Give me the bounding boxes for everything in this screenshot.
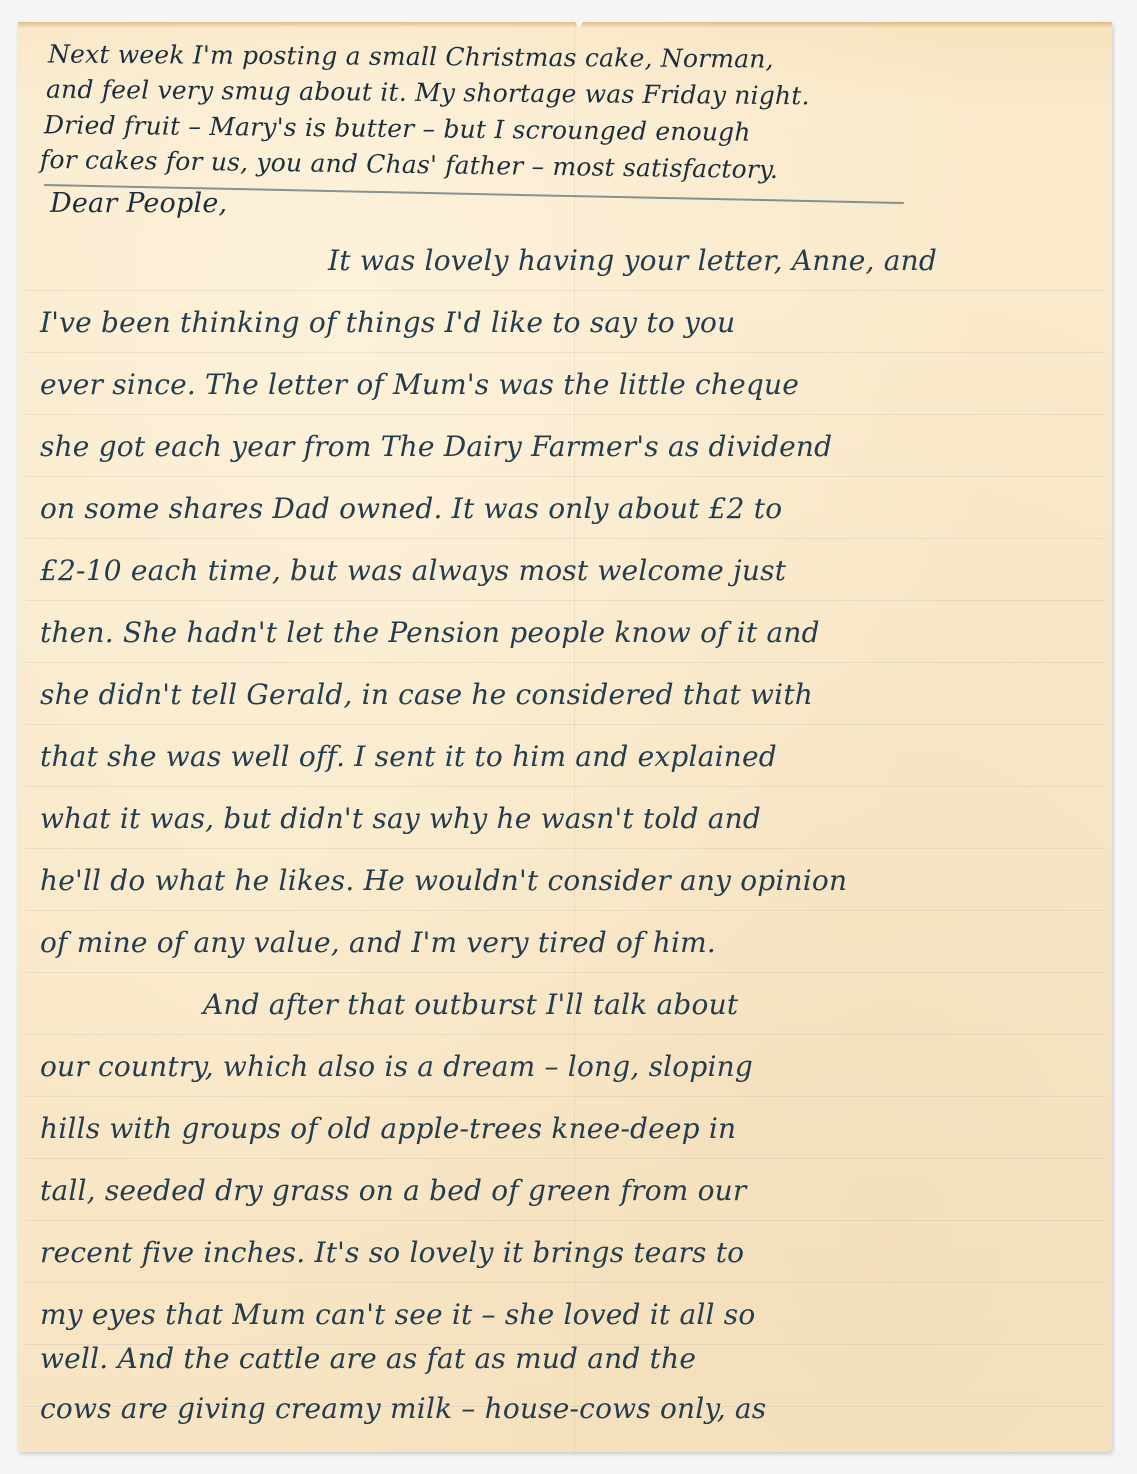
ruled-line — [26, 1096, 1104, 1097]
ruled-line — [26, 786, 1104, 787]
ruled-line — [26, 476, 1104, 477]
body-line: of mine of any value, and I'm very tired… — [40, 926, 716, 959]
postscript-line: for cakes for us, you and Chas' father –… — [40, 145, 779, 184]
body-line: recent five inches. It's so lovely it br… — [40, 1236, 744, 1269]
body-line: our country, which also is a dream – lon… — [40, 1050, 753, 1083]
ruled-line — [26, 352, 1104, 353]
body-line: then. She hadn't let the Pension people … — [40, 616, 820, 649]
body-line: she didn't tell Gerald, in case he consi… — [40, 678, 813, 711]
body-line: she got each year from The Dairy Farmer'… — [40, 430, 832, 463]
body-line: well. And the cattle are as fat as mud a… — [40, 1342, 696, 1375]
paper-tear-notch — [574, 20, 584, 29]
body-line: I've been thinking of things I'd like to… — [40, 306, 735, 339]
body-line: that she was well off. I sent it to him … — [40, 740, 777, 773]
ruled-line — [26, 538, 1104, 539]
ruled-line — [26, 910, 1104, 911]
body-line: what it was, but didn't say why he wasn'… — [40, 802, 761, 835]
body-line: on some shares Dad owned. It was only ab… — [40, 492, 782, 525]
paper-edge-stain — [18, 22, 1112, 28]
ruled-line — [26, 290, 1104, 291]
ruled-line — [26, 600, 1104, 601]
ruled-line — [26, 1158, 1104, 1159]
body-line: It was lovely having your letter, Anne, … — [328, 244, 937, 277]
body-line: my eyes that Mum can't see it – she love… — [40, 1298, 755, 1331]
ruled-line — [26, 414, 1104, 415]
ruled-line — [26, 972, 1104, 973]
body-line: ever since. The letter of Mum's was the … — [40, 368, 799, 401]
body-line: hills with groups of old apple-trees kne… — [40, 1112, 736, 1145]
ruled-line — [26, 1282, 1104, 1283]
ruled-line — [26, 662, 1104, 663]
postscript-line: and feel very smug about it. My shortage… — [46, 75, 810, 111]
ruled-line — [26, 724, 1104, 725]
body-line: cows are giving creamy milk – house-cows… — [40, 1392, 766, 1425]
body-line: he'll do what he likes. He wouldn't cons… — [40, 864, 847, 897]
ruled-line — [26, 1220, 1104, 1221]
ruled-line — [26, 1034, 1104, 1035]
postscript-line: Dried fruit – Mary's is butter – but I s… — [44, 110, 751, 146]
ruled-line — [26, 848, 1104, 849]
body-line: And after that outburst I'll talk about — [203, 988, 738, 1021]
letter-page: Next week I'm posting a small Christmas … — [18, 22, 1112, 1452]
salutation: Dear People, — [50, 188, 227, 219]
body-line: £2-10 each time, but was always most wel… — [40, 554, 786, 587]
postscript-line: Next week I'm posting a small Christmas … — [48, 39, 774, 73]
body-line: tall, seeded dry grass on a bed of green… — [40, 1174, 747, 1207]
